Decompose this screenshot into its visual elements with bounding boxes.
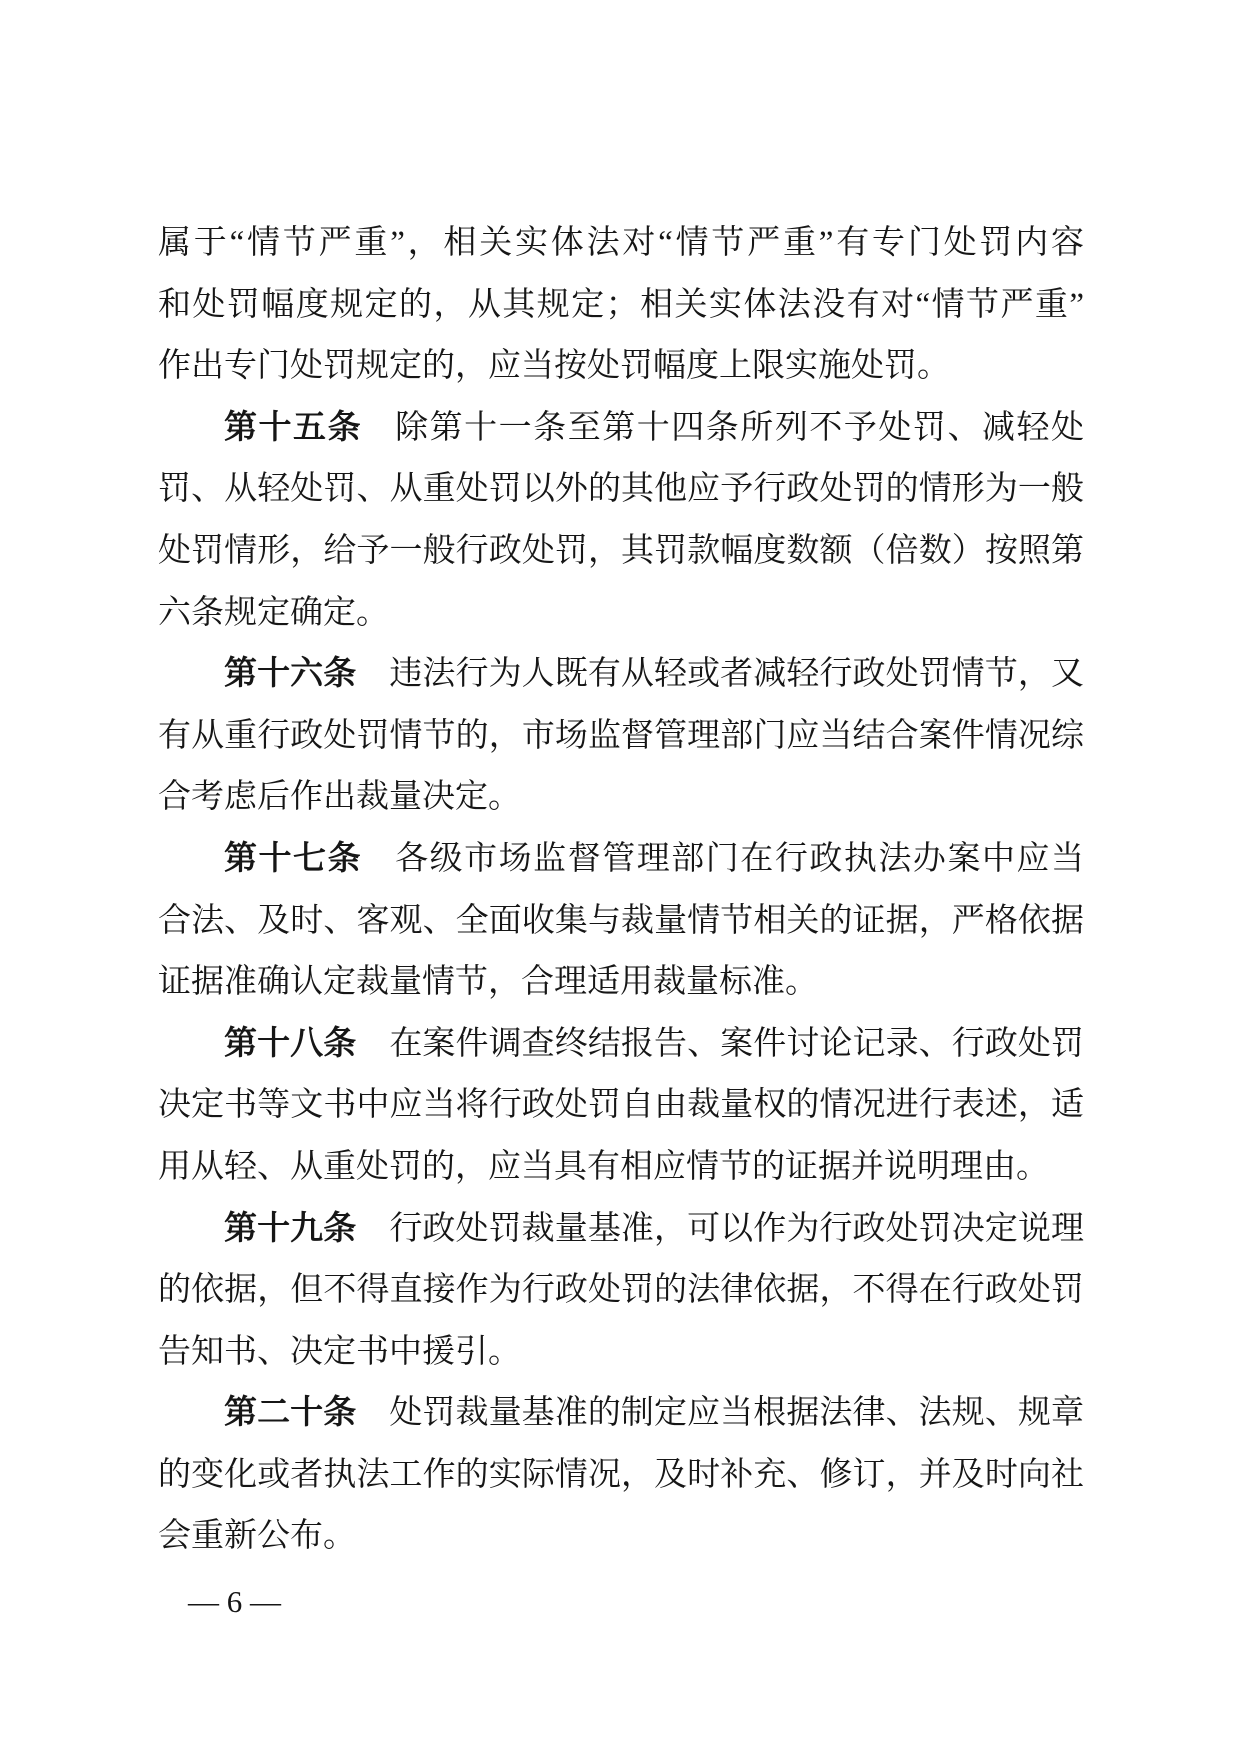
text-line: 和处罚幅度规定的，从其规定；相关实体法没有对“情节严重” [158, 275, 1084, 337]
text-run: 的依据，但不得直接作为行政处罚的法律依据，不得在行政处罚 [158, 1272, 1084, 1308]
text-run: 告知书、决定书中援引。 [158, 1334, 521, 1370]
text-line: 罚、从轻处罚、从重处罚以外的其他应予行政处罚的情形为一般 [158, 459, 1084, 521]
text-line: 的依据，但不得直接作为行政处罚的法律依据，不得在行政处罚 [158, 1260, 1084, 1322]
text-run: 处罚裁量基准的制定应当根据法律、法规、规章 [389, 1395, 1084, 1431]
text-run: 合法、及时、客观、全面收集与裁量情节相关的证据，严格依据 [158, 903, 1084, 939]
text-line: 合法、及时、客观、全面收集与裁量情节相关的证据，严格依据 [158, 891, 1084, 953]
text-run: 六条规定确定。 [158, 595, 389, 631]
text-run: 处罚情形，给予一般行政处罚，其罚款幅度数额（倍数）按照第 [158, 533, 1084, 569]
text-run: 行政处罚裁量基准，可以作为行政处罚决定说理 [389, 1211, 1084, 1247]
document-page: 属于“情节严重”，相关实体法对“情节严重”有专门处罚内容和处罚幅度规定的，从其规… [0, 0, 1240, 1754]
text-line: 第十六条违法行为人既有从轻或者减轻行政处罚情节，又 [158, 644, 1084, 706]
text-line: 第十九条行政处罚裁量基准，可以作为行政处罚决定说理 [158, 1199, 1084, 1261]
text-line: 第十七条各级市场监督管理部门在行政执法办案中应当 [158, 829, 1084, 891]
text-line: 第十五条除第十一条至第十四条所列不予处罚、减轻处 [158, 398, 1084, 460]
text-line: 用从轻、从重处罚的，应当具有相应情节的证据并说明理由。 [158, 1137, 1084, 1199]
text-run: 作出专门处罚规定的，应当按处罚幅度上限实施处罚。 [158, 348, 950, 384]
text-run: 用从轻、从重处罚的，应当具有相应情节的证据并说明理由。 [158, 1149, 1049, 1185]
text-line: 合考虑后作出裁量决定。 [158, 767, 1084, 829]
text-line: 作出专门处罚规定的，应当按处罚幅度上限实施处罚。 [158, 336, 1084, 398]
text-line: 证据准确认定裁量情节，合理适用裁量标准。 [158, 952, 1084, 1014]
text-line: 属于“情节严重”，相关实体法对“情节严重”有专门处罚内容 [158, 213, 1084, 275]
text-run: 罚、从轻处罚、从重处罚以外的其他应予行政处罚的情形为一般 [158, 471, 1084, 507]
text-line: 告知书、决定书中援引。 [158, 1322, 1084, 1384]
text-run: 在案件调查终结报告、案件讨论记录、行政处罚 [389, 1026, 1084, 1062]
text-line: 决定书等文书中应当将行政处罚自由裁量权的情况进行表述，适 [158, 1075, 1084, 1137]
text-line: 处罚情形，给予一般行政处罚，其罚款幅度数额（倍数）按照第 [158, 521, 1084, 583]
text-run: 的变化或者执法工作的实际情况，及时补充、修订，并及时向社 [158, 1457, 1084, 1493]
text-run: 会重新公布。 [158, 1518, 356, 1554]
article-number: 第十九条 [224, 1211, 356, 1247]
text-line: 第十八条在案件调查终结报告、案件讨论记录、行政处罚 [158, 1014, 1084, 1076]
text-run: 决定书等文书中应当将行政处罚自由裁量权的情况进行表述，适 [158, 1087, 1084, 1123]
article-number: 第十六条 [224, 656, 356, 692]
text-run: 合考虑后作出裁量决定。 [158, 779, 521, 815]
text-line: 六条规定确定。 [158, 583, 1084, 645]
text-run: 除第十一条至第十四条所列不予处罚、减轻处 [395, 410, 1084, 446]
text-line: 第二十条处罚裁量基准的制定应当根据法律、法规、规章 [158, 1383, 1084, 1445]
text-run: 和处罚幅度规定的，从其规定；相关实体法没有对“情节严重” [158, 287, 1084, 323]
text-run: 有从重行政处罚情节的，市场监督管理部门应当结合案件情况综 [158, 718, 1084, 754]
page-number: — 6 — [188, 1582, 281, 1622]
text-line: 的变化或者执法工作的实际情况，及时补充、修订，并及时向社 [158, 1445, 1084, 1507]
text-line: 会重新公布。 [158, 1506, 1084, 1568]
article-number: 第十五条 [224, 410, 362, 446]
article-number: 第二十条 [224, 1395, 356, 1431]
document-text: 属于“情节严重”，相关实体法对“情节严重”有专门处罚内容和处罚幅度规定的，从其规… [158, 213, 1084, 1568]
text-line: 有从重行政处罚情节的，市场监督管理部门应当结合案件情况综 [158, 706, 1084, 768]
text-run: 违法行为人既有从轻或者减轻行政处罚情节，又 [389, 656, 1084, 692]
article-number: 第十八条 [224, 1026, 356, 1062]
text-run: 证据准确认定裁量情节，合理适用裁量标准。 [158, 964, 818, 1000]
text-run: 各级市场监督管理部门在行政执法办案中应当 [395, 841, 1084, 877]
article-number: 第十七条 [224, 841, 362, 877]
text-run: 属于“情节严重”，相关实体法对“情节严重”有专门处罚内容 [158, 225, 1084, 261]
